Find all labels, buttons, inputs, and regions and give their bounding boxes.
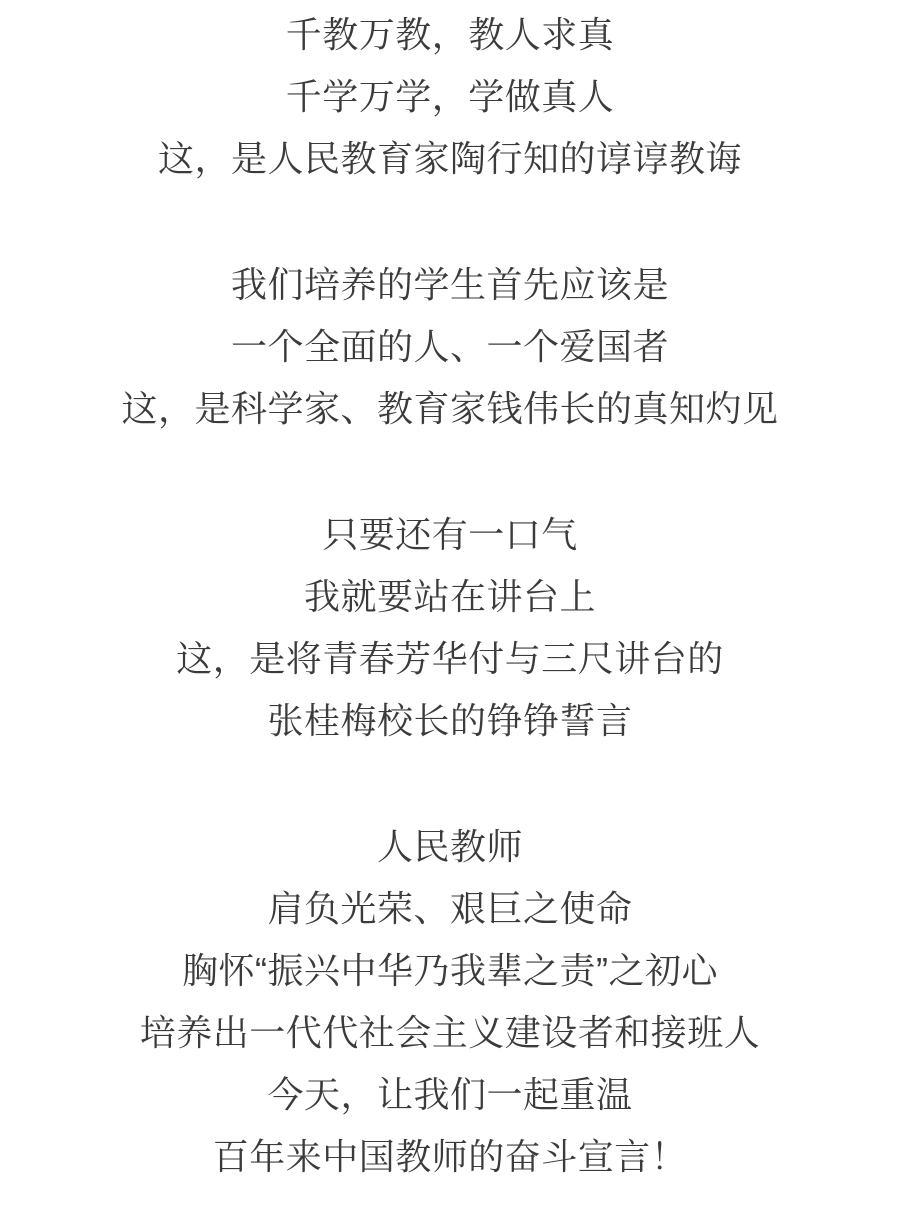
poem-line: 胸怀“振兴中华乃我辈之责”之初心 [0,940,900,1002]
poem-line: 这，是人民教育家陶行知的谆谆教诲 [0,128,900,190]
poem-line: 肩负光荣、艰巨之使命 [0,878,900,940]
poem-line: 人民教师 [0,816,900,878]
stanza-qian-weichang: 我们培养的学生首先应该是 一个全面的人、一个爱国者 这，是科学家、教育家钱伟长的… [0,254,900,440]
poem-line: 培养出一代代社会主义建设者和接班人 [0,1002,900,1064]
poem-line: 百年来中国教师的奋斗宣言！ [0,1126,900,1188]
stanza-tao-xingzhi: 千教万教，教人求真 千学万学，学做真人 这，是人民教育家陶行知的谆谆教诲 [0,4,900,190]
poem-line: 这，是将青春芳华付与三尺讲台的 [0,628,900,690]
stanza-peoples-teachers: 人民教师 肩负光荣、艰巨之使命 胸怀“振兴中华乃我辈之责”之初心 培养出一代代社… [0,816,900,1188]
poem-line: 千学万学，学做真人 [0,66,900,128]
poem-line: 张桂梅校长的铮铮誓言 [0,690,900,752]
poem-line: 我们培养的学生首先应该是 [0,254,900,316]
poem-line: 我就要站在讲台上 [0,566,900,628]
poem-line: 只要还有一口气 [0,504,900,566]
poem-page: 千教万教，教人求真 千学万学，学做真人 这，是人民教育家陶行知的谆谆教诲 我们培… [0,0,900,1188]
poem-line: 今天，让我们一起重温 [0,1064,900,1126]
poem-line: 这，是科学家、教育家钱伟长的真知灼见 [0,378,900,440]
stanza-zhang-guimei: 只要还有一口气 我就要站在讲台上 这，是将青春芳华付与三尺讲台的 张桂梅校长的铮… [0,504,900,752]
poem-line: 千教万教，教人求真 [0,4,900,66]
poem-line: 一个全面的人、一个爱国者 [0,316,900,378]
